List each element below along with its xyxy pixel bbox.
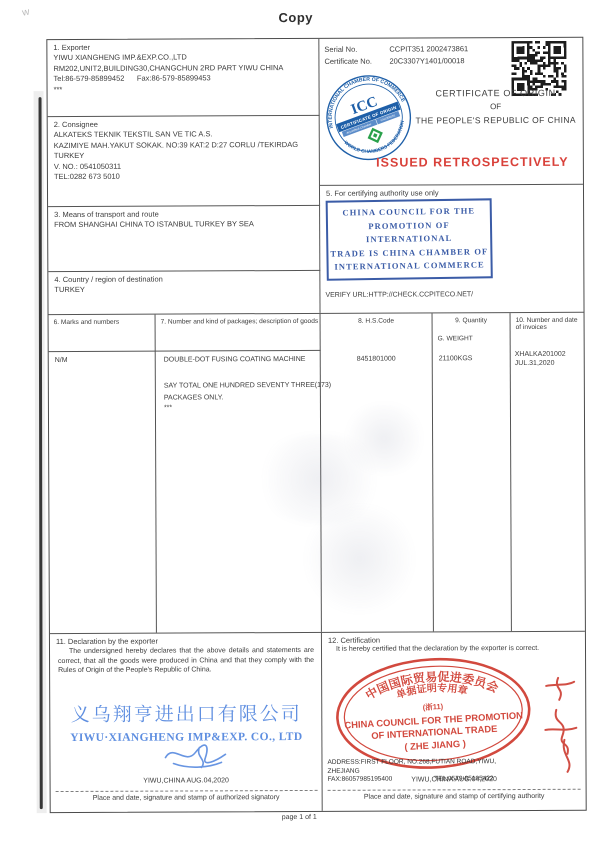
country-value: TURKEY [48,283,319,295]
marks-header: 6. Marks and numbers [49,315,155,326]
certification-label: 12. Certification [322,632,585,645]
section-certifying-authority: 5. For certifying authority use only CHI… [320,185,584,313]
section-title-block: Serial No. CCPIT351 2002473861 Certifica… [319,38,583,186]
scan-smudge [299,503,419,614]
declaration-text: The undersigned hereby declares that the… [55,646,317,676]
authority-address-line1: ADDRESS:FIRST FLOOR, NO.268,FUTIAN ROAD,… [327,758,496,767]
section-consignee: 2. Consignee ALKATEKS TEKNIK TEKSTIL SAN… [48,116,320,207]
certification-signature-caption: Place and date, signature and stamp of c… [323,793,586,801]
ccpit-blue-stamp: CHINA COUNCIL FOR THE PROMOTION OF INTER… [326,198,493,280]
exporter-address: RM202,UNIT2,BUILDING30,CHANGCHUN 2RD PAR… [47,61,318,73]
declaration-label: 11. Declaration by the exporter [50,633,321,646]
exporter-end-mark: *** [48,82,319,94]
invoices-header: 10. Number and date of invoices [511,313,584,331]
ccpit-red-stamp: 中国国际贸易促进委员会 单据证明专用章 (浙11) CHINA COUNCIL … [331,651,535,776]
copy-watermark: Copy [0,9,593,27]
invoice-number: XHALKA201002 [515,351,566,358]
declaration-place-date: YIWU,CHINA AUG.04,2020 [51,777,322,785]
certificate-title-line3: THE PEOPLE'S REPUBLIC OF CHINA [415,115,577,126]
goods-description-end-mark: *** [164,405,172,412]
certificate-no-value: 20C3307Y1401/00018 [389,56,464,65]
blue-stamp-line1: CHINA COUNCIL FOR THE [330,204,488,220]
section-country: 4. Country / region of destination TURKE… [48,271,320,314]
marks-value: N/M [55,357,68,364]
red-stamp-code: (浙11) [422,701,443,712]
certification-text: It is hereby certified that the declarat… [336,645,581,653]
blue-stamp-line2: PROMOTION OF INTERNATIONAL [330,218,488,247]
pencil-mark: w [21,7,30,19]
scan-smudge [339,403,429,473]
serial-value: CCPIT351 2002473861 [389,44,468,53]
certification-signature-line [328,789,581,791]
blue-stamp-line4: INTERNATIONAL COMMERCE [331,258,489,274]
serial-label: Serial No. [324,45,357,54]
hscode-value: 8451801000 [357,356,396,363]
quantity-header: 9. Quantity [433,313,510,324]
scanned-certificate: Copy w 1. Exporter YIWU XIANGHENG IMP.&E… [0,0,595,841]
authorized-signature [155,737,235,778]
authority-label: 5. For certifying authority use only [320,185,583,198]
packages-header: 7. Number and kind of packages; descript… [156,314,320,326]
certificate-title-line2: OF [415,102,577,112]
goods-description-line3: PACKAGES ONLY. [164,394,224,401]
section-certification: 12. Certification It is hereby certified… [322,632,586,811]
consignee-tel: TEL:0282 673 5010 [48,170,319,182]
certification-place-date: YIWU,CHINA AUG.04,2020 [323,776,586,784]
section-transport: 3. Means of transport and route FROM SHA… [48,206,320,272]
certificate-title-line1: CERTIFICATE OF ORIGIN [415,88,577,99]
wcf-knot-icon [369,129,381,141]
hscode-header: 8. H.S.Code [321,313,432,324]
certificate-no-label: Certificate No. [324,57,372,66]
gweight-header: G. WEIGHT [433,324,510,342]
verify-url: VERIFY URL:HTTP://CHECK.CCPITECO.NET/ [325,291,473,299]
exporter-company-stamp-cn: 义乌翔亨进出口有限公司 [50,699,322,727]
goods-table: 6. Marks and numbers 7. Number and kind … [49,312,585,634]
invoice-date: JUL.31,2020 [515,360,555,367]
declaration-signature-line [56,790,318,792]
goods-description-line2: SAY TOTAL ONE HUNDRED SEVENTY THREE(173) [164,382,331,390]
certificate-title: CERTIFICATE OF ORIGIN OF THE PEOPLE'S RE… [415,88,577,126]
consignee-address1: KAZIMIYE MAH.YAKUT SOKAK. NO:39 KAT:2 D:… [48,138,319,150]
red-stamp-en3: ( ZHE JIANG ) [404,738,466,752]
certifier-signature [534,672,582,781]
issued-retrospectively-stamp: ISSUED RETROSPECTIVELY [365,155,580,170]
section-exporter: 1. Exporter YIWU XIANGHENG IMP.&EXP.CO.,… [47,39,319,117]
section-declaration: 11. Declaration by the exporter The unde… [50,633,323,812]
goods-description-line1: DOUBLE-DOT FUSING COATING MACHINE [164,356,306,364]
certificate-form: 1. Exporter YIWU XIANGHENG IMP.&EXP.CO.,… [46,37,586,813]
transport-route: FROM SHANGHAI CHINA TO ISTANBUL TURKEY B… [48,218,319,230]
page-number: page 1 of 1 [2,813,595,823]
quantity-value: 21100KGS [439,355,473,362]
declaration-signature-caption: Place and date, signature and stamp of a… [51,794,322,802]
